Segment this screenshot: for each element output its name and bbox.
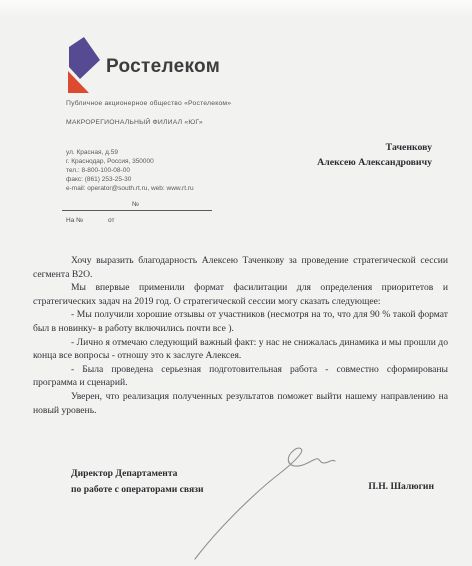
signer-name: П.Н. Шалюгин [320, 481, 434, 492]
signer-title-line2: по работе с операторами связи [71, 482, 204, 498]
handwritten-signature [185, 438, 360, 566]
address-email-web: e-mail: operator@south.rt.ru, web: www.r… [66, 184, 194, 193]
body-paragraph: Мы впервые применили формат фасилитации … [33, 281, 448, 308]
reference-ot-label: от [108, 217, 114, 224]
signer-title-line1: Директор Департамента [71, 466, 204, 482]
address-block: ул. Красная, д.59 г. Краснодар, Россия, … [66, 148, 194, 193]
address-street: ул. Красная, д.59 [66, 148, 194, 157]
body-paragraph: - Была проведена серьезная подготовитель… [33, 363, 448, 390]
body-paragraph: - Мы получили хорошие отзывы от участник… [33, 308, 448, 335]
recipient-name-patronymic: Алексею Александровичу [180, 155, 432, 170]
body-paragraph: Хочу выразить благодарность Алексею Таче… [33, 254, 448, 281]
branch-name-line: МАКРОРЕГИОНАЛЬНЫЙ ФИЛИАЛ «ЮГ» [66, 119, 203, 126]
letter-body: Хочу выразить благодарность Алексею Таче… [33, 254, 448, 417]
signature-stroke [195, 448, 335, 559]
signer-title-block: Директор Департамента по работе с операт… [71, 466, 204, 497]
reference-number-sign: № [130, 201, 141, 208]
recipient-surname: Таченкову [180, 140, 432, 155]
logo-purple-ribbon [69, 37, 100, 79]
letter-page: Ростелеком Публичное акционерное обществ… [0, 0, 472, 566]
recipient-block: Таченкову Алексею Александровичу [180, 140, 432, 170]
rostelecom-wordmark: Ростелеком [106, 56, 220, 78]
address-fax: факс: (861) 253-25-30 [66, 175, 194, 184]
rostelecom-logo-icon [62, 35, 106, 94]
org-name-line: Публичное акционерное общество «Ростелек… [66, 100, 231, 107]
address-city: г. Краснодар, Россия, 350000 [66, 157, 194, 166]
body-paragraph: - Лично я отмечаю следующий важный факт:… [33, 336, 448, 363]
reference-na-label: На № [66, 217, 83, 224]
body-paragraph: Уверен, что реализация полученных резуль… [33, 390, 448, 417]
address-phone: тел.: 8-800-100-08-00 [66, 166, 194, 175]
